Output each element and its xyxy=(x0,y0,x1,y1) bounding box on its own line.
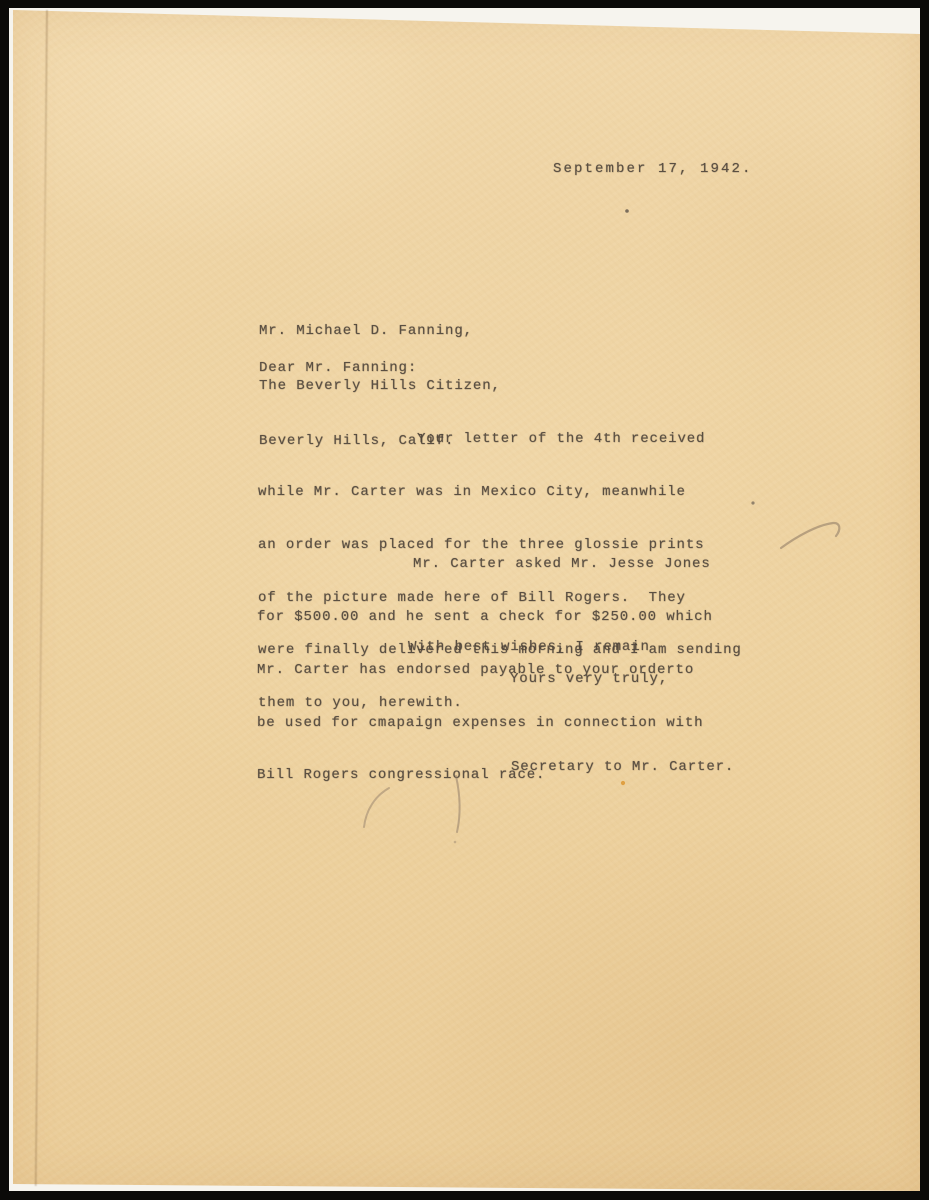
pencil-stroke-left xyxy=(364,788,389,827)
pencil-arc-mark xyxy=(781,523,839,548)
pencil-marks-overlay xyxy=(0,0,929,1200)
orange-speck xyxy=(621,781,625,785)
pencil-stroke-right xyxy=(456,776,460,832)
ink-speck xyxy=(625,209,629,213)
scanned-letter-page: { "letter": { "date": "September 17, 194… xyxy=(0,0,929,1200)
pencil-dot xyxy=(751,501,754,504)
pencil-dot xyxy=(454,841,457,844)
